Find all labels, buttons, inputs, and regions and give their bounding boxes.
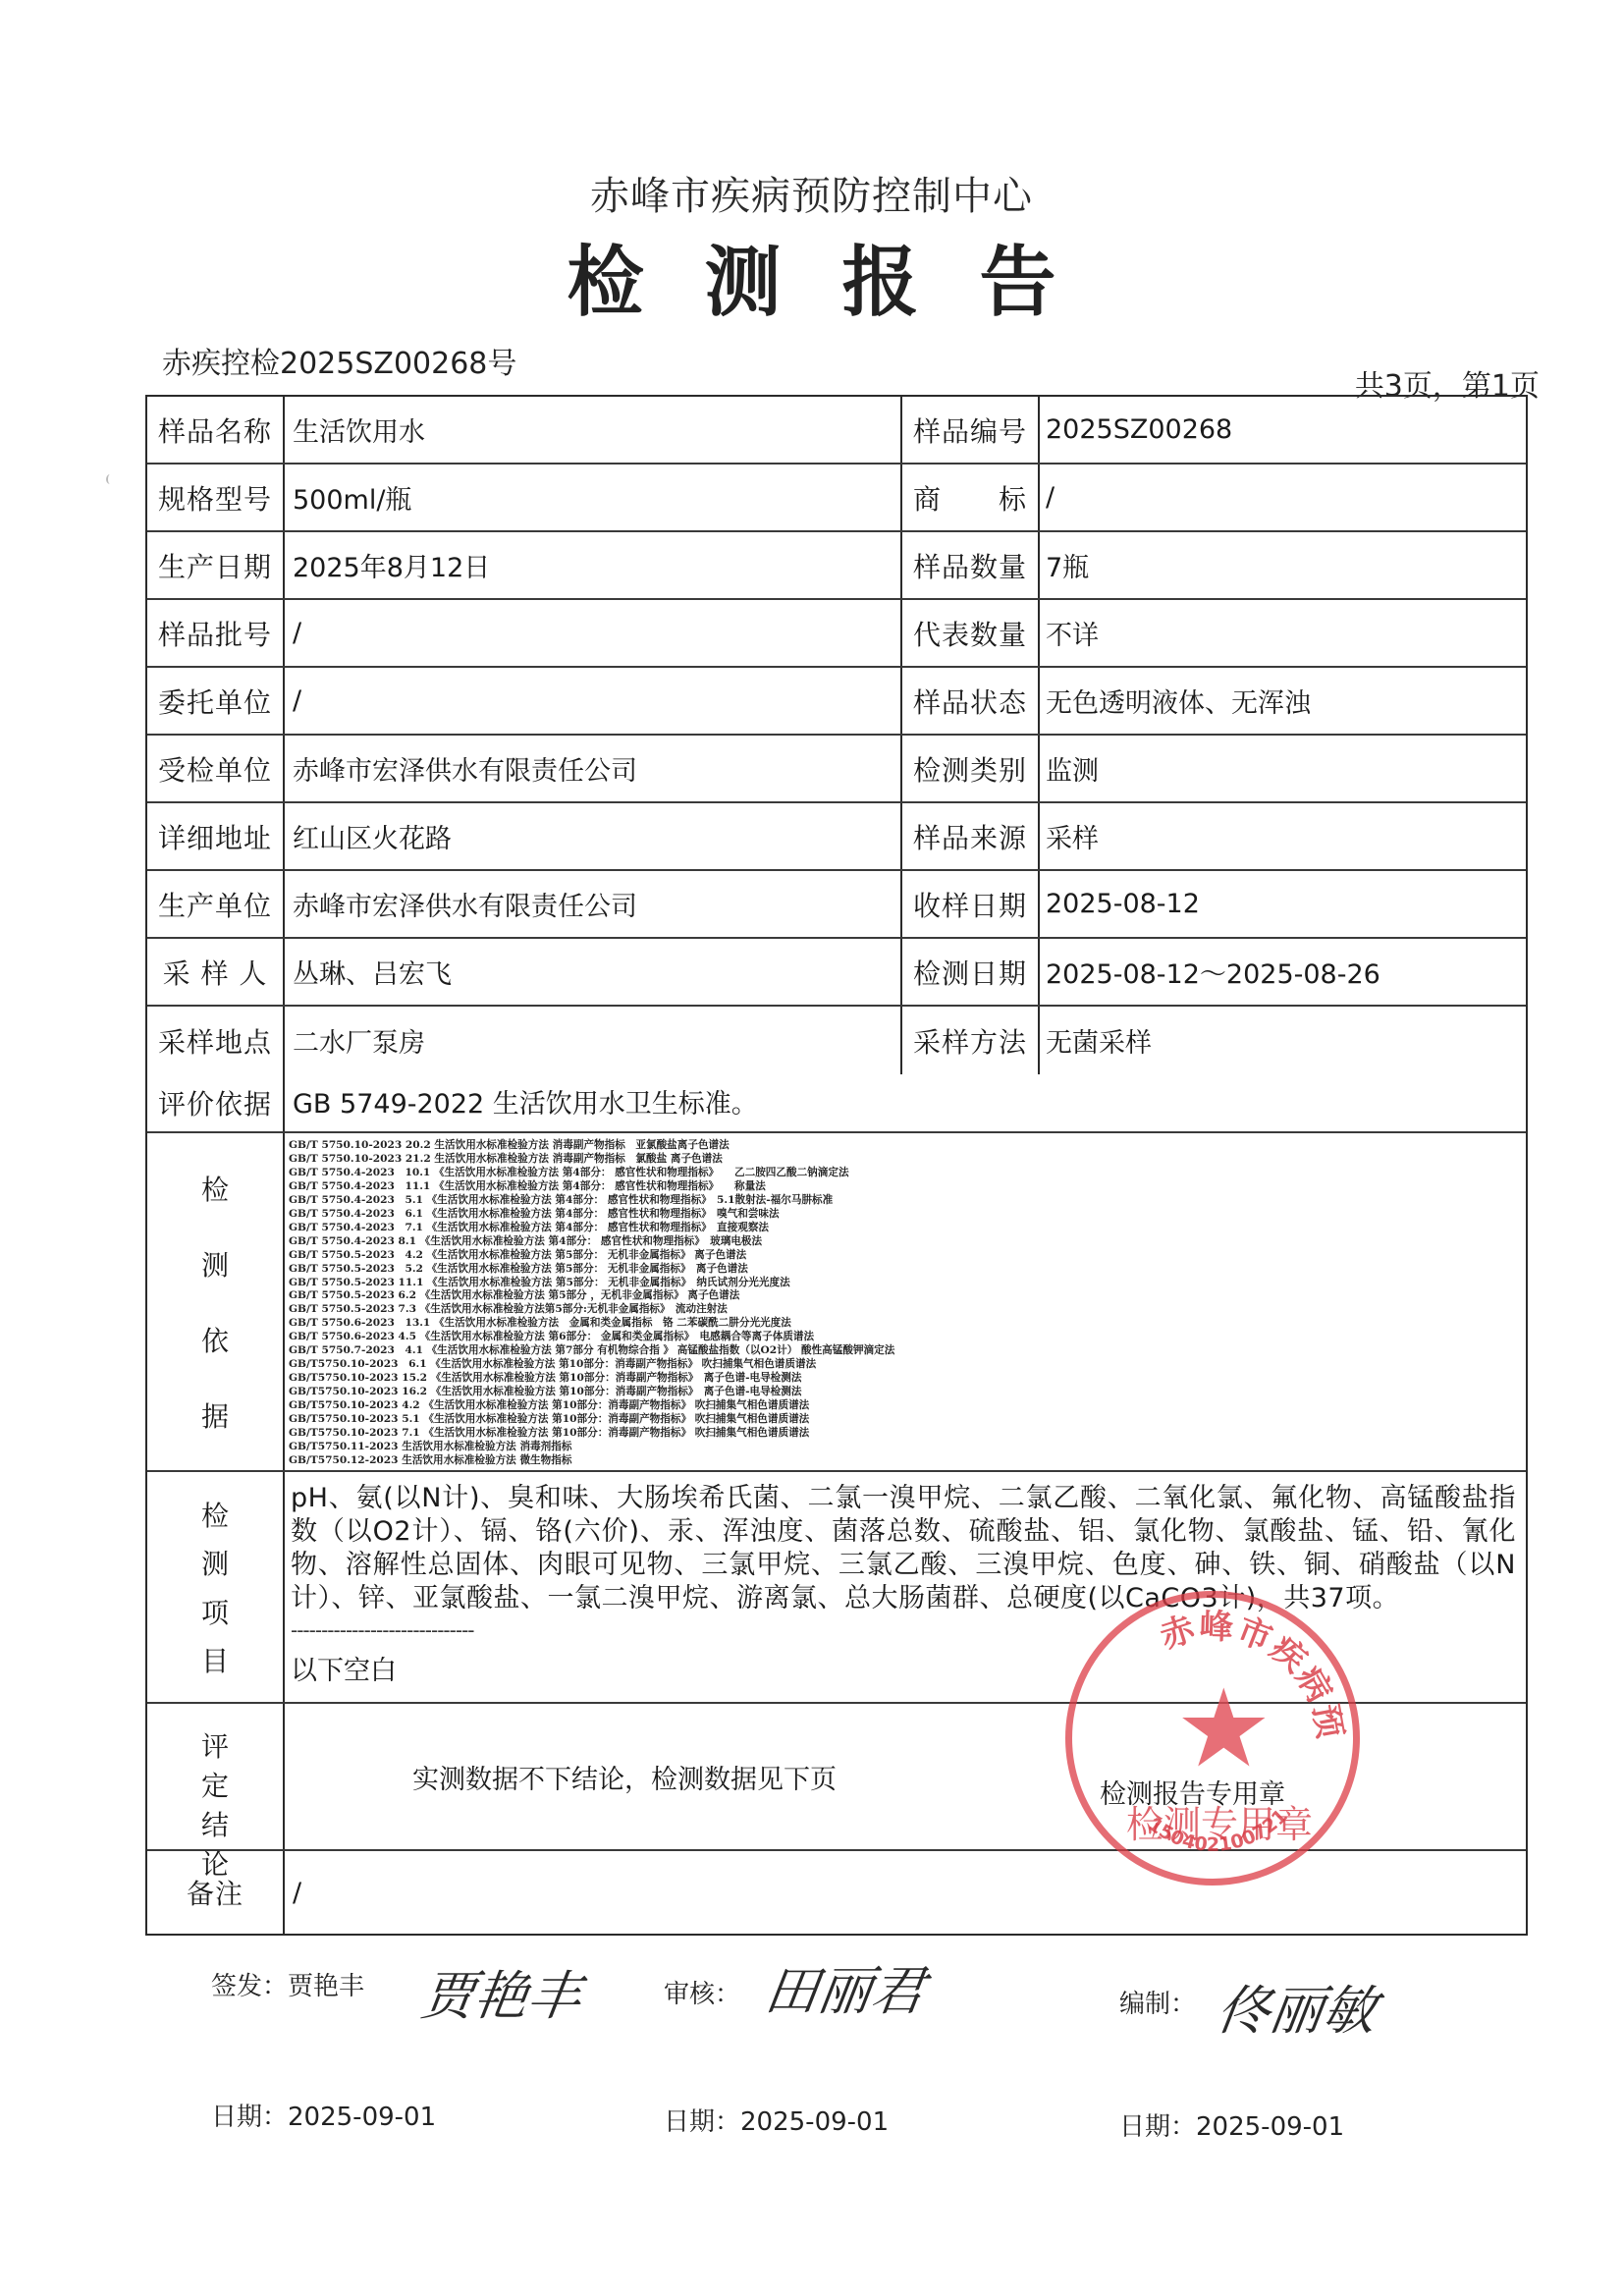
field-value: 2025年8月12日 bbox=[285, 532, 902, 598]
blank-note: 以下空白 bbox=[291, 1649, 397, 1687]
scan-speck bbox=[106, 474, 114, 484]
date-label: 日期： bbox=[211, 2103, 288, 2132]
field-value: 2025-08-12 bbox=[1040, 871, 1526, 937]
field-row: 生产日期2025年8月12日样品数量7瓶 bbox=[147, 532, 1526, 600]
report-title: 检测报告 bbox=[0, 221, 1623, 331]
field-row: 委托单位/样品状态无色透明液体、无浑浊 bbox=[147, 668, 1526, 736]
field-label: 生产日期 bbox=[147, 532, 285, 598]
compile-date: 日期：2025-09-01 bbox=[1119, 2106, 1344, 2143]
issue-label: 签发： bbox=[211, 1972, 288, 2001]
test-basis-line: GB/T5750.10-2023 4.2 《生活饮用水标准检验方法 第10部分：… bbox=[289, 1399, 809, 1413]
test-items-label: 检 测 项 目 bbox=[147, 1472, 285, 1702]
test-items-row: 检 测 项 目 pH、氨(以N计)、臭和味、大肠埃希氏菌、二氯一溴甲烷、二氯乙酸… bbox=[147, 1472, 1526, 1704]
reviewer-signature: 田丽君 bbox=[761, 1949, 931, 2025]
stamp-overlay-text: 检测报告专用章 bbox=[1100, 1773, 1285, 1811]
conclusion-row: 评 定 结 论 实测数据不下结论，检测数据见下页 bbox=[147, 1704, 1526, 1851]
field-value: 赤峰市宏泽供水有限责任公司 bbox=[285, 871, 902, 937]
remark-value: / bbox=[285, 1851, 1526, 1934]
label-char: 评 bbox=[201, 1725, 229, 1765]
evaluation-label: 评价依据 bbox=[147, 1074, 285, 1131]
field-label: 样品名称 bbox=[147, 397, 285, 463]
field-value: / bbox=[285, 600, 902, 666]
field-value: 采样 bbox=[1040, 803, 1526, 869]
field-label: 样品数量 bbox=[902, 532, 1040, 598]
field-label: 详细地址 bbox=[147, 803, 285, 869]
field-label: 代表数量 bbox=[902, 600, 1040, 666]
field-value: / bbox=[1040, 465, 1526, 530]
review-date: 日期：2025-09-01 bbox=[664, 2102, 889, 2138]
test-basis-line: GB/T 5750.7-2023 4.1 《生活饮用水标准检验方法 第7部分 有… bbox=[289, 1344, 894, 1358]
field-label: 受检单位 bbox=[147, 736, 285, 801]
field-row: 详细地址红山区火花路样品来源采样 bbox=[147, 803, 1526, 871]
field-label: 采样地点 bbox=[147, 1007, 285, 1074]
field-label: 采样方法 bbox=[902, 1007, 1040, 1074]
field-value: 红山区火花路 bbox=[285, 803, 902, 869]
evaluation-row: 评价依据 GB 5749-2022 生活饮用水卫生标准。 bbox=[147, 1074, 1526, 1133]
field-row: 规格型号 500ml/瓶商 标/ bbox=[147, 465, 1526, 532]
field-label: 检测日期 bbox=[902, 939, 1040, 1005]
label-char: 据 bbox=[201, 1395, 229, 1435]
test-basis-line: GB/T 5750.5-2023 5.2 《生活饮用水标准检验方法 第5部分： … bbox=[289, 1263, 748, 1277]
field-label: 规格型号 bbox=[147, 465, 285, 530]
conclusion-text: 实测数据不下结论，检测数据见下页 bbox=[285, 1704, 1526, 1849]
test-basis-line: GB/T 5750.5-2023 7.3 《生活饮用水标准检验方法第5部分:无机… bbox=[289, 1303, 728, 1317]
field-value: 监测 bbox=[1040, 736, 1526, 801]
test-basis-line: GB/T 5750.4-2023 11.1 《生活饮用水标准检验方法 第4部分：… bbox=[289, 1180, 766, 1194]
field-label: 样品状态 bbox=[902, 668, 1040, 734]
field-value: 2025SZ00268 bbox=[1040, 397, 1526, 463]
field-label: 收样日期 bbox=[902, 871, 1040, 937]
test-basis-line: GB/T5750.11-2023 生活饮用水标准检验方法 消毒剂指标 bbox=[289, 1441, 571, 1454]
field-value: 二水厂泵房 bbox=[285, 1007, 902, 1074]
compiler-label: 编制： bbox=[1119, 1984, 1196, 2020]
test-basis-line: GB/T 5750.5-2023 11.1 《生活饮用水标准检验方法 第5部分：… bbox=[289, 1277, 790, 1290]
test-basis-line: GB/T 5750.10-2023 20.2 生活饮用水标准检验方法 消毒副产物… bbox=[289, 1139, 730, 1153]
field-row: 生产单位赤峰市宏泽供水有限责任公司收样日期2025-08-12 bbox=[147, 871, 1526, 939]
field-value: 丛琳、吕宏飞 bbox=[285, 939, 902, 1005]
test-basis-line: GB/T 5750.6-2023 4.5 《生活饮用水标准检验方法 第6部分： … bbox=[289, 1331, 814, 1344]
test-basis-row: 检 测 依 据 GB/T 5750.10-2023 20.2 生活饮用水标准检验… bbox=[147, 1133, 1526, 1472]
test-basis-line: GB/T 5750.4-2023 6.1 《生活饮用水标准检验方法 第4部分： … bbox=[289, 1208, 780, 1222]
label-char: 项 bbox=[201, 1592, 229, 1631]
label-char: 依 bbox=[201, 1320, 229, 1359]
evaluation-value: GB 5749-2022 生活饮用水卫生标准。 bbox=[285, 1074, 1526, 1131]
test-basis-line: GB/T 5750.4-2023 7.1 《生活饮用水标准检验方法 第4部分： … bbox=[289, 1222, 769, 1235]
date-value: 2025-09-01 bbox=[1196, 2112, 1344, 2142]
test-basis-line: GB/T5750.10-2023 16.2 《生活饮用水标准检验方法 第10部分… bbox=[289, 1386, 801, 1399]
test-basis-line: GB/T 5750.4-2023 10.1 《生活饮用水标准检验方法 第4部分：… bbox=[289, 1167, 849, 1180]
field-row: 受检单位赤峰市宏泽供水有限责任公司检测类别监测 bbox=[147, 736, 1526, 803]
field-value: 2025-08-12～2025-08-26 bbox=[1040, 939, 1526, 1005]
test-basis-line: GB/T 5750.5-2023 6.2 《生活饮用水标准检验方法 第5部分 ，… bbox=[289, 1289, 739, 1303]
field-label: 生产单位 bbox=[147, 871, 285, 937]
field-value: 无菌采样 bbox=[1040, 1007, 1526, 1074]
field-row: 采 样 人丛琳、吕宏飞检测日期2025-08-12～2025-08-26 bbox=[147, 939, 1526, 1007]
field-value: 不详 bbox=[1040, 600, 1526, 666]
field-value: / bbox=[285, 668, 902, 734]
field-row: 样品名称生活饮用水样品编号2025SZ00268 bbox=[147, 397, 1526, 465]
test-basis-line: GB/T5750.10-2023 5.1 《生活饮用水标准检验方法 第10部分：… bbox=[289, 1413, 809, 1427]
field-label: 委托单位 bbox=[147, 668, 285, 734]
report-table: 样品名称生活饮用水样品编号2025SZ00268规格型号 500ml/瓶商 标/… bbox=[145, 395, 1528, 1936]
separator-line: ------------------------------ bbox=[291, 1617, 474, 1643]
test-basis-line: GB/T 5750.6-2023 13.1 《生活饮用水标准检验方法 金属和类金… bbox=[289, 1317, 791, 1331]
field-label: 检测类别 bbox=[902, 736, 1040, 801]
test-basis-line: GB/T5750.10-2023 15.2 《生活饮用水标准检验方法 第10部分… bbox=[289, 1372, 801, 1386]
field-label: 采 样 人 bbox=[147, 939, 285, 1005]
test-basis-line: GB/T5750.10-2023 6.1 《生活饮用水标准检验方法 第10部分：… bbox=[289, 1358, 816, 1372]
issuer-signature: 贾艳丰 bbox=[417, 1954, 587, 2030]
test-basis-list: GB/T 5750.10-2023 20.2 生活饮用水标准检验方法 消毒副产物… bbox=[285, 1133, 1526, 1470]
field-label: 商 标 bbox=[902, 465, 1040, 530]
test-items-content: pH、氨(以N计)、臭和味、大肠埃希氏菌、二氯一溴甲烷、二氯乙酸、二氧化氯、氟化… bbox=[285, 1472, 1526, 1702]
label-char: 检 bbox=[201, 1495, 229, 1534]
test-basis-line: GB/T5750.10-2023 7.1 《生活饮用水标准检验方法 第10部分：… bbox=[289, 1427, 809, 1441]
test-basis-line: GB/T 5750.5-2023 4.2 《生活饮用水标准检验方法 第5部分： … bbox=[289, 1249, 746, 1263]
test-basis-line: GB/T 5750.4-2023 8.1 《生活饮用水标准检验方法 第4部分： … bbox=[289, 1235, 762, 1249]
test-basis-line: GB/T 5750.10-2023 21.2 生活饮用水标准检验方法 消毒副产物… bbox=[289, 1153, 723, 1167]
issue-date: 日期：2025-09-01 bbox=[211, 2097, 436, 2133]
label-char: 检 bbox=[201, 1169, 229, 1208]
field-row: 采样地点二水厂泵房采样方法无菌采样 bbox=[147, 1007, 1526, 1074]
field-value: 无色透明液体、无浑浊 bbox=[1040, 668, 1526, 734]
field-label: 样品来源 bbox=[902, 803, 1040, 869]
date-label: 日期： bbox=[1119, 2112, 1196, 2142]
conclusion-label: 评 定 结 论 bbox=[147, 1704, 285, 1849]
reviewer-label: 审核： bbox=[664, 1974, 740, 2010]
compiler-signature: 佟丽敏 bbox=[1213, 1969, 1382, 2045]
date-label: 日期： bbox=[664, 2107, 740, 2137]
label-char: 目 bbox=[201, 1640, 229, 1679]
field-value: 赤峰市宏泽供水有限责任公司 bbox=[285, 736, 902, 801]
test-items-text: pH、氨(以N计)、臭和味、大肠埃希氏菌、二氯一溴甲烷、二氯乙酸、二氧化氯、氟化… bbox=[291, 1482, 1516, 1615]
issuer-label: 签发：贾艳丰 bbox=[211, 1966, 364, 2002]
test-basis-label: 检 测 依 据 bbox=[147, 1133, 285, 1470]
field-value: 生活饮用水 bbox=[285, 397, 902, 463]
field-value: 7瓶 bbox=[1040, 532, 1526, 598]
label-char: 测 bbox=[201, 1543, 229, 1582]
test-basis-line: GB/T 5750.4-2023 5.1 《生活饮用水标准检验方法 第4部分： … bbox=[289, 1194, 833, 1208]
field-row: 样品批号/代表数量不详 bbox=[147, 600, 1526, 668]
issuer-name: 贾艳丰 bbox=[288, 1972, 364, 2001]
remark-label: 备注 bbox=[147, 1851, 285, 1934]
report-number: 赤疾控检2025SZ00268号 bbox=[162, 339, 516, 382]
field-value: 500ml/瓶 bbox=[285, 465, 902, 530]
label-char: 测 bbox=[201, 1244, 229, 1284]
date-value: 2025-09-01 bbox=[740, 2107, 889, 2137]
date-value: 2025-09-01 bbox=[288, 2103, 436, 2132]
remark-row: 备注 / bbox=[147, 1851, 1526, 1934]
label-char: 定 bbox=[201, 1765, 229, 1804]
label-char: 结 bbox=[201, 1804, 229, 1843]
field-label: 样品批号 bbox=[147, 600, 285, 666]
organization-name: 赤峰市疾病预防控制中心 bbox=[0, 165, 1623, 221]
test-basis-line: GB/T5750.12-2023 生活饮用水标准检验方法 微生物指标 bbox=[289, 1454, 571, 1468]
field-label: 样品编号 bbox=[902, 397, 1040, 463]
